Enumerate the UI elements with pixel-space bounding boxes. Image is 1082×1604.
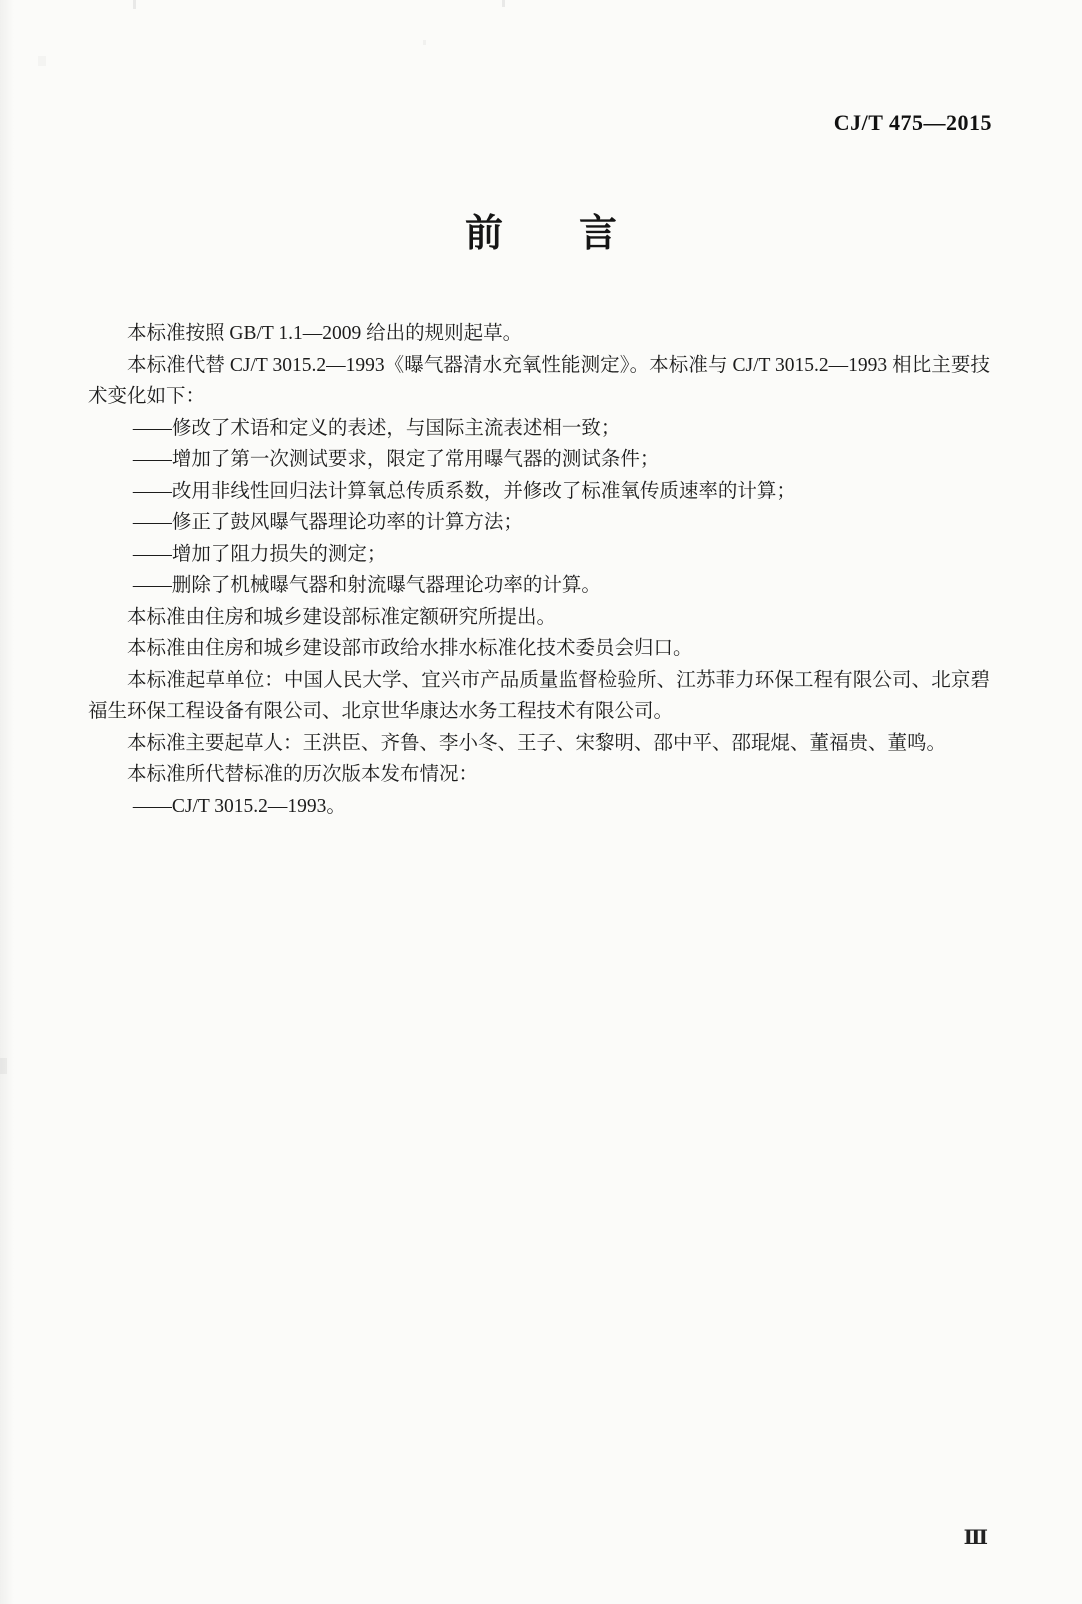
- foreword-change-item: ——增加了阻力损失的测定；: [88, 539, 990, 571]
- document-page: CJ/T 475—2015 前 言 本标准按照 GB/T 1.1—2009 给出…: [0, 0, 1082, 1604]
- foreword-change-item: ——改用非线性回归法计算氧总传质系数，并修改了标准氧传质速率的计算；: [88, 476, 990, 508]
- foreword-paragraph-main-drafters: 本标准主要起草人：王洪臣、齐鲁、李小冬、王子、宋黎明、邵中平、邵琨焜、董福贵、董…: [88, 728, 990, 760]
- foreword-title: 前 言: [0, 213, 1082, 257]
- foreword-body: 本标准按照 GB/T 1.1—2009 给出的规则起草。 本标准代替 CJ/T …: [88, 318, 990, 822]
- standard-code-header: CJ/T 475—2015: [834, 110, 992, 136]
- foreword-change-item: ——增加了第一次测试要求，限定了常用曝气器的测试条件；: [88, 444, 990, 476]
- foreword-paragraph-centralized-by: 本标准由住房和城乡建设部市政给水排水标准化技术委员会归口。: [88, 633, 990, 665]
- scan-artifact: [0, 1058, 7, 1074]
- foreword-paragraph-replaces: 本标准代替 CJ/T 3015.2—1993《曝气器清水充氧性能测定》。本标准与…: [88, 350, 990, 413]
- foreword-paragraph-proposed-by: 本标准由住房和城乡建设部标准定额研究所提出。: [88, 602, 990, 634]
- foreword-paragraph-drafting-organizations: 本标准起草单位：中国人民大学、宜兴市产品质量监督检验所、江苏菲力环保工程有限公司…: [88, 665, 990, 728]
- foreword-paragraph-drafting-rule: 本标准按照 GB/T 1.1—2009 给出的规则起草。: [88, 318, 990, 350]
- scan-artifact: [502, 0, 505, 7]
- foreword-change-item: ——删除了机械曝气器和射流曝气器理论功率的计算。: [88, 570, 990, 602]
- foreword-change-item: ——修正了鼓风曝气器理论功率的计算方法；: [88, 507, 990, 539]
- foreword-previous-edition-item: ——CJ/T 3015.2—1993。: [88, 791, 990, 823]
- scan-artifact: [423, 40, 426, 45]
- scan-artifact: [133, 0, 136, 9]
- foreword-paragraph-previous-editions: 本标准所代替标准的历次版本发布情况：: [88, 759, 990, 791]
- foreword-change-item: ——修改了术语和定义的表述，与国际主流表述相一致；: [88, 413, 990, 445]
- page-number: Ⅲ: [964, 1525, 988, 1550]
- scan-artifact: [38, 56, 46, 66]
